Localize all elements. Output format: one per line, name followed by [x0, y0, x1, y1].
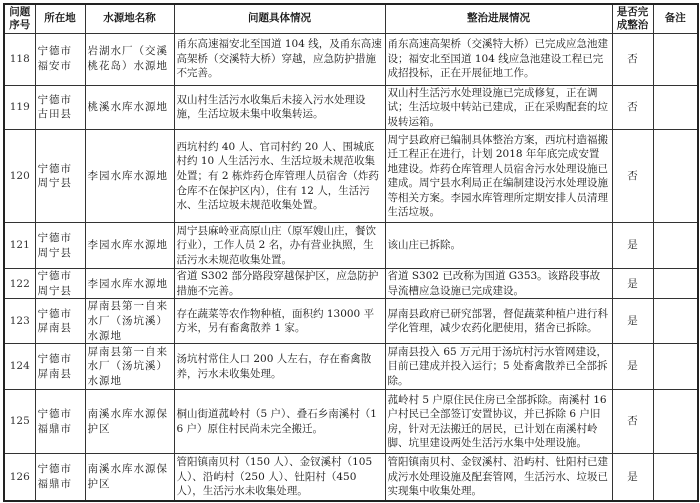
- table-row: 120 宁德市周宁县 李园水库水源地 西坑村约 40 人、官司村约 20 人、围…: [4, 130, 698, 223]
- table-row: 121 宁德市周宁县 李园水库水源地 周宁县麻岭亚高原山庄（原军嫂山庄，餐饮行业…: [4, 223, 698, 269]
- table-row: 124 宁德市屏南县 屏南县第一自来水厂（汤坑溪）水源地 汤坑村常住人口 200…: [4, 344, 698, 390]
- row-progress: 双山村生活污水处理设施已完成修复，正在调试；生活垃圾中转站已建成，正在采购配套的…: [385, 85, 612, 130]
- row-source: 南溪水库水源保护区: [85, 454, 174, 501]
- table-row: 123 宁德市屏南县 屏南县第一自来水厂（汤坑溪）水源地 存在蔬菜等农作物种植，…: [4, 299, 698, 344]
- row-done: 否: [612, 33, 653, 85]
- row-note: [653, 390, 698, 454]
- row-no: 122: [4, 269, 35, 299]
- header-source: 水源地名称: [85, 4, 174, 33]
- row-progress: 甬东高速高架桥（交溪特大桥）已完成应急池建设；福安北至国道 104 线应急池建设…: [385, 33, 612, 85]
- header-problem: 问题具体情况: [174, 4, 385, 33]
- row-problem: 双山村生活污水收集后未接入污水处理设施，生活垃圾未集中收集转运。: [174, 85, 385, 130]
- row-source: 屏南县第一自来水厂（汤坑溪）水源地: [85, 299, 174, 344]
- row-done: 是: [612, 269, 653, 299]
- row-done: 是: [612, 454, 653, 501]
- row-source: 李园水库水源地: [85, 223, 174, 269]
- row-location: 宁德市周宁县: [35, 223, 85, 269]
- row-note: [653, 269, 698, 299]
- row-location: 宁德市古田县: [35, 85, 85, 130]
- row-done: 否: [612, 85, 653, 130]
- table-row: 119 宁德市古田县 桃溪水库水源地 双山村生活污水收集后未接入污水处理设施，生…: [4, 85, 698, 130]
- row-no: 124: [4, 344, 35, 390]
- table-row: 118 宁德市福安市 岩湖水厂（交溪桃花岛）水源地 甬东高速福安北至国道 104…: [4, 33, 698, 85]
- row-source: 屏南县第一自来水厂（汤坑溪）水源地: [85, 344, 174, 390]
- row-no: 123: [4, 299, 35, 344]
- header-note: 备注: [653, 4, 698, 33]
- header-no: 问题序号: [4, 4, 35, 33]
- row-source: 李园水库水源地: [85, 269, 174, 299]
- row-source: 桃溪水库水源地: [85, 85, 174, 130]
- row-source: 南溪水库水源保护区: [85, 390, 174, 454]
- row-done: 是: [612, 299, 653, 344]
- row-note: [653, 299, 698, 344]
- row-location: 宁德市福鼎市: [35, 454, 85, 501]
- table-row: 122 宁德市周宁县 李园水库水源地 省道 S302 部分路段穿越保护区，应急防…: [4, 269, 698, 299]
- row-source: 岩湖水厂（交溪桃花岛）水源地: [85, 33, 174, 85]
- row-done: 否: [612, 130, 653, 223]
- table-row: 126 宁德市福鼎市 南溪水库水源保护区 管阳镇南贝村（150 人）、金钗溪村（…: [4, 454, 698, 501]
- row-source: 李园水库水源地: [85, 130, 174, 223]
- row-no: 120: [4, 130, 35, 223]
- row-progress: 省道 S302 已改称为国道 G353。该路段事故导流槽应急设施已完成建设。: [385, 269, 612, 299]
- row-problem: 省道 S302 部分路段穿越保护区，应急防护措施不完善。: [174, 269, 385, 299]
- row-location: 宁德市福安市: [35, 33, 85, 85]
- table-row: 125 宁德市福鼎市 南溪水库水源保护区 桐山街道菰岭村（5 户）、叠石乡南溪村…: [4, 390, 698, 454]
- row-no: 125: [4, 390, 35, 454]
- row-problem: 管阳镇南贝村（150 人）、金钗溪村（105 人）、沿屿村（250 人）、钍阳村…: [174, 454, 385, 501]
- row-note: [653, 223, 698, 269]
- row-problem: 汤坑村常住人口 200 人左右，存在畜禽散养，污水未收集处理。: [174, 344, 385, 390]
- row-progress: 屏南县政府已研究部署，督促蔬菜种植户进行科学化管理，减少农药化肥使用，猪舍已拆除…: [385, 299, 612, 344]
- header-row: 问题序号 所在地 水源地名称 问题具体情况 整治进展情况 是否完成整治 备注: [4, 4, 698, 33]
- row-note: [653, 344, 698, 390]
- row-problem: 甬东高速福安北至国道 104 线，及甬东高速高架桥（交溪特大桥）穿越，应急防护措…: [174, 33, 385, 85]
- row-done: 是: [612, 344, 653, 390]
- row-location: 宁德市福鼎市: [35, 390, 85, 454]
- row-problem: 存在蔬菜等农作物种植，面积约 13000 平方米，另有畜禽散养 1 家。: [174, 299, 385, 344]
- header-progress: 整治进展情况: [385, 4, 612, 33]
- row-no: 119: [4, 85, 35, 130]
- row-done: 是: [612, 223, 653, 269]
- row-progress: 管阳镇南贝村、金钗溪村、沿屿村、钍阳村已建成污水处理设施及配套管网，生活污水、垃…: [385, 454, 612, 501]
- header-location: 所在地: [35, 4, 85, 33]
- row-note: [653, 454, 698, 501]
- row-progress: 该山庄已拆除。: [385, 223, 612, 269]
- row-no: 121: [4, 223, 35, 269]
- row-no: 126: [4, 454, 35, 501]
- row-location: 宁德市屏南县: [35, 299, 85, 344]
- row-progress: 菰岭村 5 户原住民住房已全部拆除。南溪村 16 户村民已全部签订安置协议，并已…: [385, 390, 612, 454]
- row-location: 宁德市屏南县: [35, 344, 85, 390]
- row-done: 否: [612, 390, 653, 454]
- row-problem: 西坑村约 40 人、官司村约 20 人、围城底村约 10 人生活污水、生活垃圾未…: [174, 130, 385, 223]
- row-progress: 周宁县政府已编制具体整治方案，西坑村造福搬迁工程正在进行，计划 2018 年年底…: [385, 130, 612, 223]
- row-note: [653, 85, 698, 130]
- header-done: 是否完成整治: [612, 4, 653, 33]
- row-note: [653, 130, 698, 223]
- row-note: [653, 33, 698, 85]
- row-location: 宁德市周宁县: [35, 269, 85, 299]
- row-problem: 周宁县麻岭亚高原山庄（原军嫂山庄，餐饮行业），工作人员 2 名，办有营业执照，生…: [174, 223, 385, 269]
- row-no: 118: [4, 33, 35, 85]
- rectification-table: 问题序号 所在地 水源地名称 问题具体情况 整治进展情况 是否完成整治 备注 1…: [3, 3, 699, 502]
- row-location: 宁德市周宁县: [35, 130, 85, 223]
- row-progress: 屏南县投入 65 万元用于汤坑村污水管网建设，目前已建成并投入运行；5 处畜禽散…: [385, 344, 612, 390]
- row-problem: 桐山街道菰岭村（5 户）、叠石乡南溪村（16 户）原住村民尚未完全搬迁。: [174, 390, 385, 454]
